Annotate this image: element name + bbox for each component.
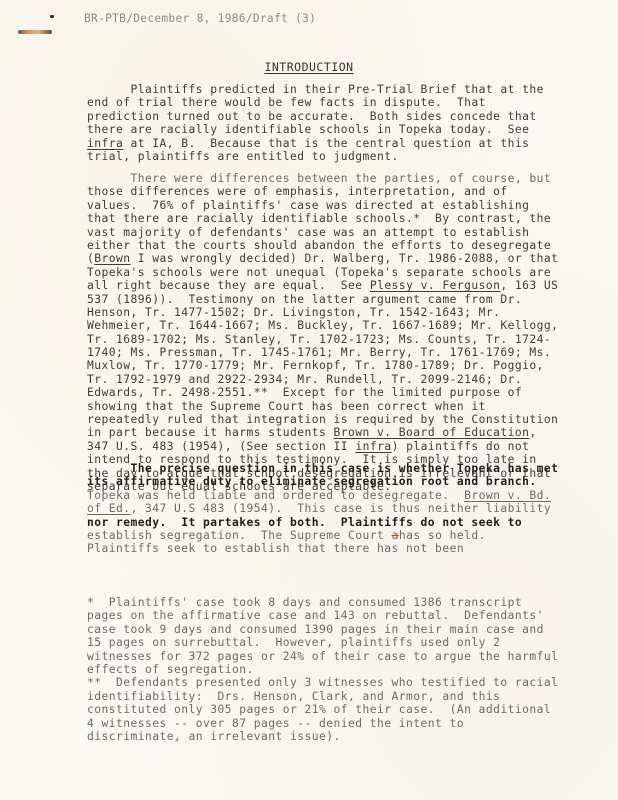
- text-line: those differences were of emphasis, inte…: [87, 185, 587, 198]
- text-line: infra at IA, B. Because that is the cent…: [87, 137, 587, 150]
- text-line: that there are racially identifiable sch…: [87, 212, 587, 225]
- text-line: repeatedly ruled that integration is req…: [87, 413, 587, 426]
- handwritten-strike-mark: a: [392, 529, 399, 542]
- text-line: 4 witnesses -- over 87 pages -- denied t…: [87, 717, 587, 730]
- text-line: The precise question in this case is whe…: [87, 462, 587, 475]
- text-line: Plaintiffs seek to establish that there …: [87, 542, 587, 555]
- text-line: its affirmative duty to eliminate segreg…: [87, 475, 587, 488]
- text-line: ** Defendants presented only 3 witnesses…: [87, 676, 587, 689]
- underlined-citation: Brown v. Board of Education: [334, 426, 530, 439]
- title-text: INTRODUCTION: [264, 60, 353, 74]
- text-line: prediction turned out to be accurate. Bo…: [87, 110, 587, 123]
- text-line: case took 9 days and consumed 1390 pages…: [87, 623, 587, 636]
- text-line: trial, plaintiffs are entitled to judgme…: [87, 150, 587, 163]
- text-line: all right because they are equal. See Pl…: [87, 279, 587, 292]
- text-line: Tr. 1792-1979 and 2922-2934; Mr. Rundell…: [87, 373, 587, 386]
- page-title: INTRODUCTION: [0, 60, 618, 74]
- draft-header: BR-PTB/December 8, 1986/Draft (3): [84, 12, 316, 25]
- text-line: effects of segregation.: [87, 663, 587, 676]
- underlined-citation: Brown v. Bd.: [464, 489, 551, 502]
- paragraph-differences: There were differences between the parti…: [87, 172, 587, 493]
- footnotes: * Plaintiffs' case took 8 days and consu…: [87, 596, 587, 743]
- text-line: 347 U.S. 483 (1954), (See section II inf…: [87, 440, 587, 453]
- text-line: of Ed., 347 U.S 483 (1954). This case is…: [87, 502, 587, 515]
- text-line: constituted only 305 pages or 21% of the…: [87, 703, 587, 716]
- text-line: Edwards, Tr. 2498-2551.** Except for the…: [87, 386, 587, 399]
- text-line: 537 (1896)). Testimony on the latter arg…: [87, 293, 587, 306]
- text-line: Muxlow, Tr. 1770-1779; Mr. Fernkopf, Tr.…: [87, 359, 587, 372]
- text-line: 15 pages on surrebuttal. However, plaint…: [87, 636, 587, 649]
- staple-mark: [18, 30, 52, 34]
- paragraph-opening: Plaintiffs predicted in their Pre-Trial …: [87, 83, 587, 163]
- text-line: 1740; Ms. Pressman, Tr. 1745-1761; Mr. B…: [87, 346, 587, 359]
- text-line: (Brown I was wrongly decided) Dr. Walber…: [87, 252, 587, 265]
- text-line: showing that the Supreme Court has been …: [87, 400, 587, 413]
- text-line: pages on the affirmative case and 143 on…: [87, 609, 587, 622]
- document-page: BR-PTB/December 8, 1986/Draft (3) INTROD…: [0, 0, 618, 800]
- text-line: either that the courts should abandon th…: [87, 239, 587, 252]
- underlined-citation: Brown: [94, 252, 130, 265]
- text-line: witnesses for 372 pages or 24% of their …: [87, 650, 587, 663]
- text-line: in part because it harms students Brown …: [87, 426, 587, 439]
- text-line: Topeka was held liable and ordered to de…: [87, 489, 587, 502]
- text-line: identifiability: Drs. Henson, Clark, and…: [87, 690, 587, 703]
- underlined-citation: infra: [355, 440, 391, 453]
- text-line: Plaintiffs predicted in their Pre-Trial …: [87, 83, 587, 96]
- paragraph-precise-question: The precise question in this case is whe…: [87, 462, 587, 556]
- underlined-citation: of Ed.: [87, 502, 131, 515]
- text-line: Henson, Tr. 1477-1502; Dr. Livingston, T…: [87, 306, 587, 319]
- text-line: Tr. 1689-1702; Ms. Stanley, Tr. 1702-172…: [87, 333, 587, 346]
- underlined-citation: Plessy v. Ferguson: [370, 279, 501, 292]
- staple-end: [50, 15, 54, 18]
- text-line: Wehmeier, Tr. 1644-1667; Ms. Buckley, Tr…: [87, 319, 587, 332]
- text-line: nor remedy. It partakes of both. Plainti…: [87, 516, 587, 529]
- text-line: there are racially identifiable schools …: [87, 123, 587, 136]
- text-line: values. 76% of plaintiffs' case was dire…: [87, 199, 587, 212]
- text-line: establish segregation. The Supreme Court…: [87, 529, 587, 542]
- text-line: * Plaintiffs' case took 8 days and consu…: [87, 596, 587, 609]
- text-line: discriminate, an irrelevant issue).: [87, 730, 587, 743]
- text-line: vast majority of defendants' case was an…: [87, 226, 587, 239]
- text-line: end of trial there would be few facts in…: [87, 96, 587, 109]
- underlined-citation: infra: [87, 137, 123, 150]
- text-line: There were differences between the parti…: [87, 172, 587, 185]
- text-line: Topeka's schools were not unequal (Topek…: [87, 266, 587, 279]
